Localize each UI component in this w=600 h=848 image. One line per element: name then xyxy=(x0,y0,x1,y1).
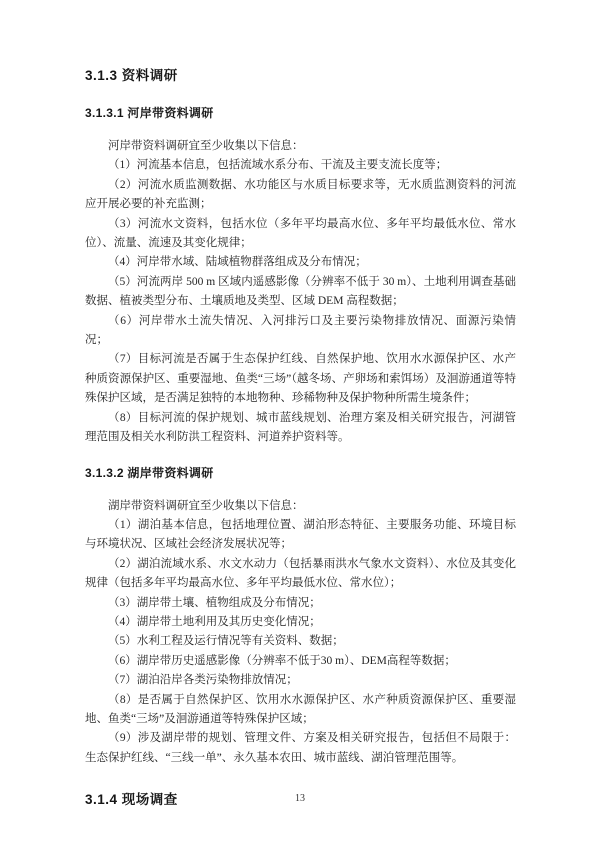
river-item-7: （7）目标河流是否属于生态保护红线、自然保护地、饮用水水源保护区、水产种质资源保… xyxy=(85,350,516,408)
lake-item-7: （7）湖泊沿岸各类污染物排放情况； xyxy=(85,671,516,690)
river-item-4: （4）河岸带水域、陆域植物群落组成及分布情况； xyxy=(85,253,516,272)
page-number: 13 xyxy=(0,793,600,804)
river-item-8: （8）目标河流的保护规划、城市蓝线规划、治理方案及相关研究报告，河湖管理范围及相… xyxy=(85,409,516,448)
lake-item-9: （9）涉及湖岸带的规划、管理文件、方案及相关研究报告，包括但不局限于：生态保护红… xyxy=(85,729,516,768)
river-item-1: （1）河流基本信息，包括流域水系分布、干流及主要支流长度等； xyxy=(85,156,516,175)
lake-item-2: （2）湖泊流域水系、水文水动力（包括暴雨洪水气象水文资料）、水位及其变化规律（包… xyxy=(85,555,516,594)
subsection-heading-river: 3.1.3.1 河岸带资料调研 xyxy=(85,104,516,121)
lake-item-5: （5）水利工程及运行情况等有关资料、数据； xyxy=(85,632,516,651)
river-item-6: （6）河岸带水土流失情况、入河排污口及主要污染物排放情况、面源污染情况； xyxy=(85,312,516,351)
river-intro-paragraph: 河岸带资料调研宜至少收集以下信息： xyxy=(85,137,516,156)
river-item-2: （2）河流水质监测数据、水功能区与水质目标要求等，无水质监测资料的河流应开展必要… xyxy=(85,176,516,215)
lake-intro-paragraph: 湖岸带资料调研宜至少收集以下信息： xyxy=(85,497,516,516)
document-page: 3.1.3 资料调研 3.1.3.1 河岸带资料调研 河岸带资料调研宜至少收集以… xyxy=(0,0,600,848)
lake-item-1: （1）湖泊基本信息，包括地理位置、湖泊形态特征、主要服务功能、环境目标与环境状况… xyxy=(85,516,516,555)
section-heading: 3.1.3 资料调研 xyxy=(85,64,516,84)
lake-item-3: （3）湖岸带土壤、植物组成及分布情况； xyxy=(85,594,516,613)
subsection-heading-lake: 3.1.3.2 湖岸带资料调研 xyxy=(85,464,516,481)
lake-item-6: （6）湖岸带历史遥感影像（分辨率不低于30 m）、DEM高程等数据； xyxy=(85,652,516,671)
lake-item-4: （4）湖岸带土地利用及其历史变化情况； xyxy=(85,613,516,632)
river-item-3: （3）河流水文资料，包括水位（多年平均最高水位、多年平均最低水位、常水位）、流量… xyxy=(85,215,516,254)
river-item-5: （5）河流两岸 500 m 区域内遥感影像（分辨率不低于 30 m）、土地利用调… xyxy=(85,273,516,312)
lake-item-8: （8）是否属于自然保护区、饮用水水源保护区、水产种质资源保护区、重要湿地、鱼类“… xyxy=(85,691,516,730)
